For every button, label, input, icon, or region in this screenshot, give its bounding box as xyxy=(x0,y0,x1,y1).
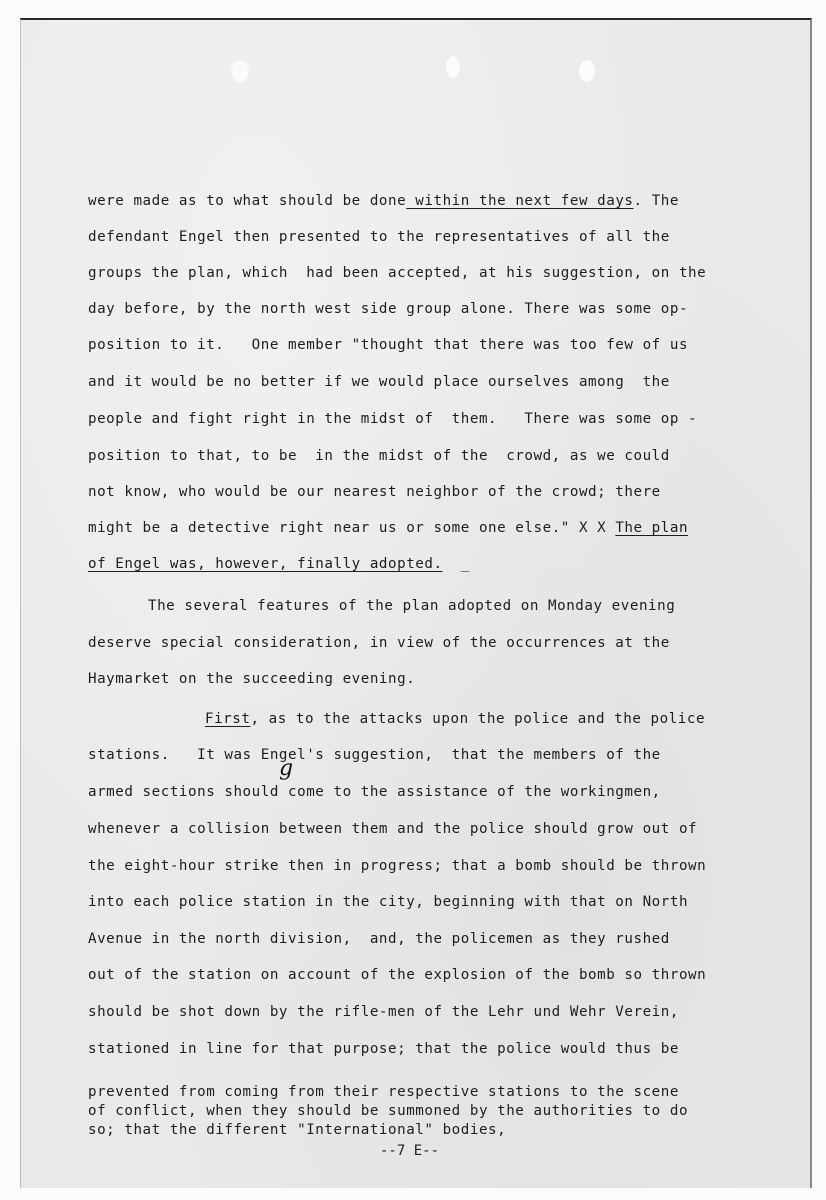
text-line: so; that the different "International" b… xyxy=(88,1121,506,1139)
text-line: defendant Engel then presented to the re… xyxy=(88,228,670,246)
text-segment: prevented from coming from their respect… xyxy=(88,1084,679,1100)
punch-hole-middle xyxy=(446,56,460,78)
text-line: day before, by the north west side group… xyxy=(88,300,688,318)
text-line: position to it. One member "thought that… xyxy=(88,336,688,354)
text-line: stations. It was Engel's suggestion, tha… xyxy=(88,746,661,764)
text-line: Haymarket on the succeeding evening. xyxy=(88,670,415,688)
text-segment: stations. It was Engel's suggestion, tha… xyxy=(88,747,661,763)
text-segment: were made as to what should be done xyxy=(88,193,406,209)
text-line: armed sections should come to the assist… xyxy=(88,783,661,801)
text-line: stationed in line for that purpose; that… xyxy=(88,1040,679,1058)
underlined-text: within the next few days xyxy=(406,193,633,209)
text-segment: of conflict, when they should be summone… xyxy=(88,1103,688,1119)
text-segment: day before, by the north west side group… xyxy=(88,301,688,317)
text-segment: position to it. One member "thought that… xyxy=(88,337,688,353)
text-segment: out of the station on account of the exp… xyxy=(88,967,706,983)
text-line: not know, who would be our nearest neigh… xyxy=(88,483,661,501)
punch-hole-right xyxy=(579,60,595,82)
text-segment: whenever a collision between them and th… xyxy=(88,821,697,837)
text-line: groups the plan, which had been accepted… xyxy=(88,264,706,282)
text-line: The several features of the plan adopted… xyxy=(148,597,675,615)
text-line: might be a detective right near us or so… xyxy=(88,519,688,537)
text-segment: so; that the different "International" b… xyxy=(88,1122,506,1138)
text-line: position to that, to be in the midst of … xyxy=(88,447,670,465)
text-line: whenever a collision between them and th… xyxy=(88,820,697,838)
text-segment: _ xyxy=(443,556,470,572)
text-line: the eight-hour strike then in progress; … xyxy=(88,857,706,875)
text-segment: and it would be no better if we would pl… xyxy=(88,374,670,390)
underlined-text: of Engel was, however, finally adopted. xyxy=(88,556,443,572)
text-line: into each police station in the city, be… xyxy=(88,893,688,911)
text-segment: . The xyxy=(634,193,679,209)
text-line: out of the station on account of the exp… xyxy=(88,966,706,984)
punch-hole-left xyxy=(231,60,249,82)
text-segment: into each police station in the city, be… xyxy=(88,894,688,910)
text-segment: defendant Engel then presented to the re… xyxy=(88,229,670,245)
handwritten-correction: g xyxy=(279,756,293,781)
text-segment: groups the plan, which had been accepted… xyxy=(88,265,706,281)
underlined-text: The plan xyxy=(615,520,688,536)
text-segment: position to that, to be in the midst of … xyxy=(88,448,670,464)
text-line: of conflict, when they should be summone… xyxy=(88,1102,688,1120)
text-line: should be shot down by the rifle-men of … xyxy=(88,1003,679,1021)
text-line: Avenue in the north division, and, the p… xyxy=(88,930,670,948)
text-segment: should be shot down by the rifle-men of … xyxy=(88,1004,679,1020)
text-segment: Avenue in the north division, and, the p… xyxy=(88,931,670,947)
text-segment: deserve special consideration, in view o… xyxy=(88,635,670,651)
text-line: and it would be no better if we would pl… xyxy=(88,373,670,391)
text-line: First, as to the attacks upon the police… xyxy=(205,710,705,728)
text-segment: Haymarket on the succeeding evening. xyxy=(88,671,415,687)
text-line: prevented from coming from their respect… xyxy=(88,1083,679,1101)
text-segment: not know, who would be our nearest neigh… xyxy=(88,484,661,500)
text-line: of Engel was, however, finally adopted. … xyxy=(88,555,470,573)
text-segment: people and fight right in the midst of t… xyxy=(88,411,697,427)
text-segment: The several features of the plan adopted… xyxy=(148,598,675,614)
text-segment: stationed in line for that purpose; that… xyxy=(88,1041,679,1057)
text-line: were made as to what should be done with… xyxy=(88,192,679,210)
underlined-text: First xyxy=(205,711,250,727)
page-number: --7 E-- xyxy=(380,1143,439,1159)
text-segment: , as to the attacks upon the police and … xyxy=(250,711,705,727)
text-line: people and fight right in the midst of t… xyxy=(88,410,697,428)
text-segment: armed sections should come to the assist… xyxy=(88,784,661,800)
text-segment: the eight-hour strike then in progress; … xyxy=(88,858,706,874)
text-line: deserve special consideration, in view o… xyxy=(88,634,670,652)
text-segment: might be a detective right near us or so… xyxy=(88,520,615,536)
